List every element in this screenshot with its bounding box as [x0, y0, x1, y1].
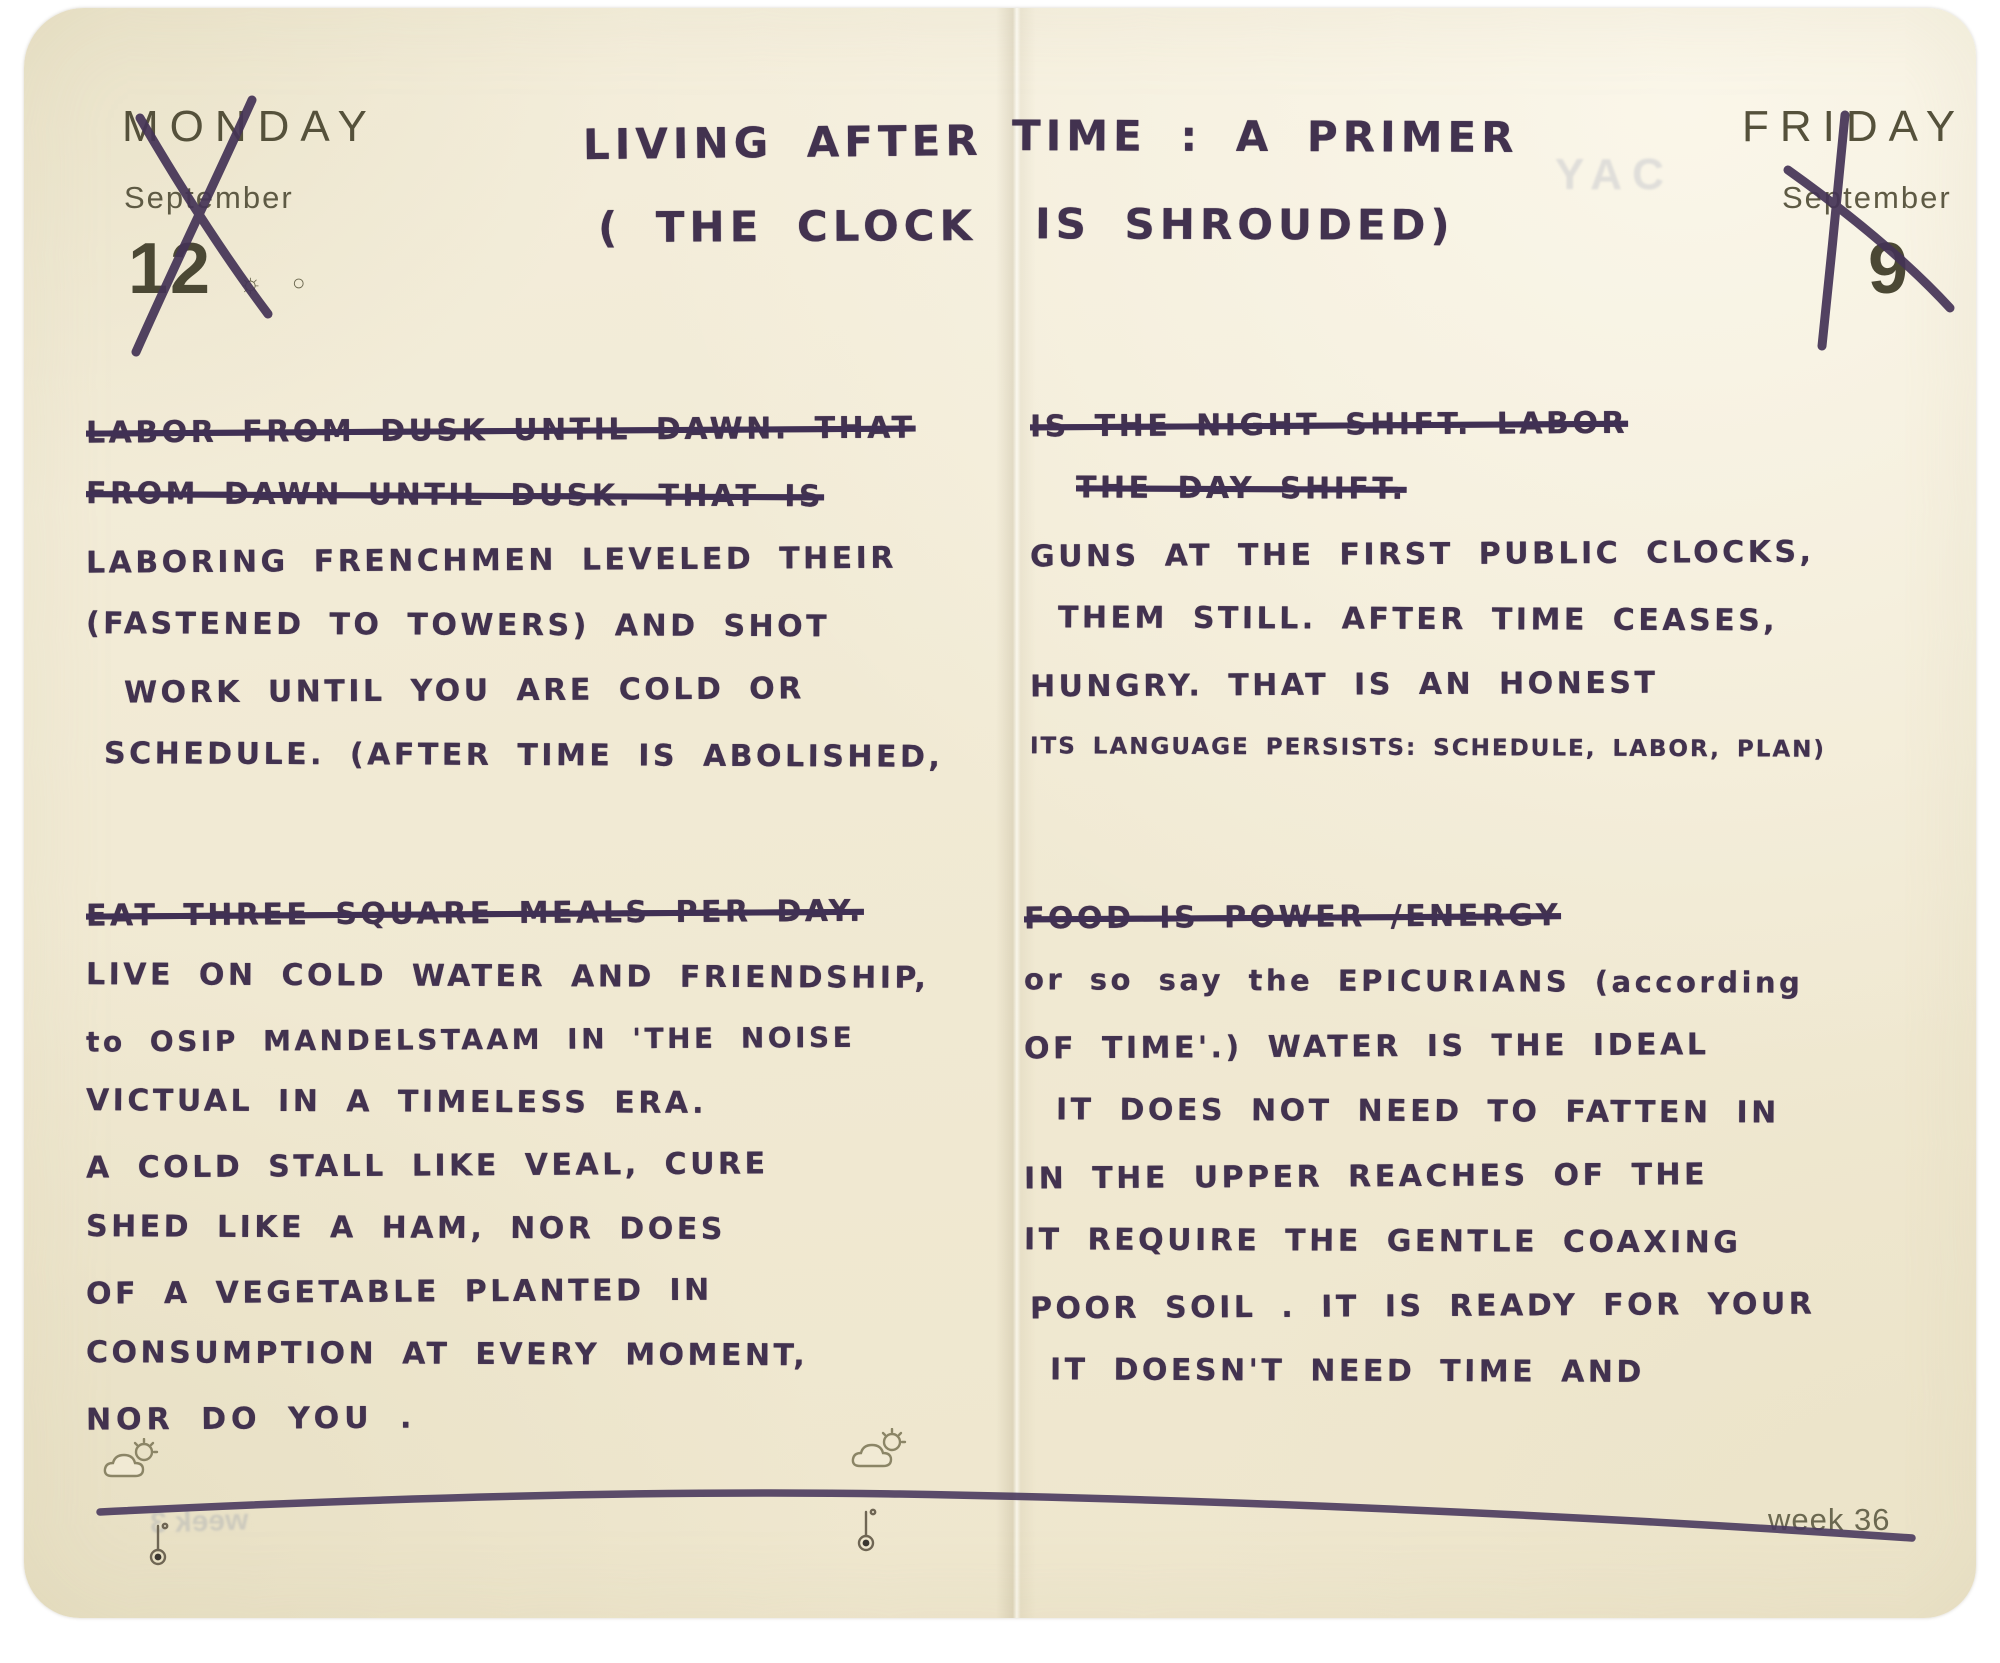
- handwritten-line: HUNGRY. THAT IS AN HONEST: [1030, 650, 1826, 720]
- handwritten-line-struck: THE DAY SHIFT.: [1076, 455, 1826, 523]
- right-day-name: FRIDAY: [1742, 102, 1966, 152]
- handwritten-line: IT DOESN'T NEED TIME AND: [1050, 1337, 1816, 1405]
- title-line1-left: LIVING AFTER: [583, 116, 983, 169]
- handwritten-line: THEM STILL. AFTER TIME CEASES,: [1058, 585, 1826, 653]
- right-page-paragraph-2: FOOD IS POWER /ENERGYor so say the EPICU…: [1024, 884, 1815, 1404]
- handwritten-line: OF A VEGETABLE PLANTED IN: [86, 1257, 930, 1325]
- handwritten-line: A COLD STALL LIKE VEAL, CURE: [86, 1131, 930, 1199]
- handwritten-line: VICTUAL IN A TIMELESS ERA.: [86, 1069, 930, 1136]
- handwritten-line: POOR SOIL . IT IS READY FOR YOUR: [1030, 1272, 1816, 1342]
- handwritten-line: IT DOES NOT NEED TO FATTEN IN: [1056, 1077, 1816, 1145]
- handwritten-line: OF TIME'.) WATER IS THE IDEAL: [1024, 1012, 1816, 1082]
- handwritten-line: WORK UNTIL YOU ARE COLD OR: [124, 655, 944, 725]
- handwritten-line: to OSIP MANDELSTAAM IN 'THE NOISE: [86, 1005, 930, 1073]
- left-page-paragraph-2: EAT THREE SQUARE MEALS PER DAY.LIVE ON C…: [86, 882, 929, 1449]
- handwritten-line-struck: FOOD IS POWER /ENERGY: [1024, 882, 1816, 952]
- cloud-sun-icon: [848, 1428, 912, 1472]
- right-page-paragraph-1: IS THE NIGHT SHIFT. LABORTHE DAY SHIFT.G…: [1030, 392, 1826, 779]
- title-line2-right: IS SHROUDED): [1035, 199, 1455, 249]
- header-bleed-through-text: YAC: [1555, 150, 1674, 200]
- handwritten-line-struck: FROM DAWN UNTIL DUSK. THAT IS: [86, 461, 944, 530]
- right-month-name: September: [1782, 180, 1952, 216]
- moon-icon: ○: [292, 270, 319, 296]
- title-line1-right: TIME : A PRIMER: [1012, 111, 1519, 162]
- handwritten-line: IT REQUIRE THE GENTLE COAXING: [1024, 1207, 1816, 1275]
- left-day-name: MONDAY: [122, 102, 378, 152]
- left-page-paragraph-1: LABOR FROM DUSK UNTIL DAWN. THATFROM DAW…: [86, 398, 943, 788]
- sun-icon: ☼: [238, 268, 277, 299]
- thermometer-icon: [856, 1508, 882, 1556]
- handwritten-line: LABORING FRENCHMEN LEVELED THEIR: [86, 525, 944, 595]
- week-number-label: week 36: [1768, 1502, 1890, 1538]
- title-line2-left: ( THE CLOCK: [598, 201, 977, 252]
- handwritten-line-struck: IS THE NIGHT SHIFT. LABOR: [1030, 390, 1826, 460]
- handwritten-line: CONSUMPTION AT EVERY MOMENT,: [86, 1321, 930, 1388]
- right-date-number: 9: [1868, 228, 1910, 310]
- handwritten-line: IN THE UPPER REACHES OF THE: [1024, 1142, 1816, 1212]
- handwritten-line: LIVE ON COLD WATER AND FRIENDSHIP,: [86, 943, 930, 1010]
- left-date-number: 12: [128, 228, 212, 310]
- thermometer-icon: [148, 1522, 174, 1570]
- handwritten-line-struck: LABOR FROM DUSK UNTIL DAWN. THAT: [86, 395, 944, 465]
- handwritten-line: NOR DO YOU .: [86, 1383, 930, 1451]
- handwritten-line: (FASTENED TO TOWERS) AND SHOT: [86, 591, 944, 660]
- left-month-name: September: [124, 180, 294, 216]
- handwritten-line-struck: EAT THREE SQUARE MEALS PER DAY.: [86, 879, 930, 947]
- handwritten-line: SCHEDULE. (AFTER TIME IS ABOLISHED,: [104, 721, 944, 790]
- handwritten-line: or so say the EPICURIANS (according: [1024, 947, 1816, 1015]
- handwritten-line: GUNS AT THE FIRST PUBLIC CLOCKS,: [1030, 520, 1826, 590]
- handwritten-line: SHED LIKE A HAM, NOR DOES: [86, 1195, 930, 1262]
- cloud-sun-icon: [100, 1438, 164, 1482]
- handwritten-line: ITS LANGUAGE PERSISTS: SCHEDULE, LABOR, …: [1030, 715, 1826, 780]
